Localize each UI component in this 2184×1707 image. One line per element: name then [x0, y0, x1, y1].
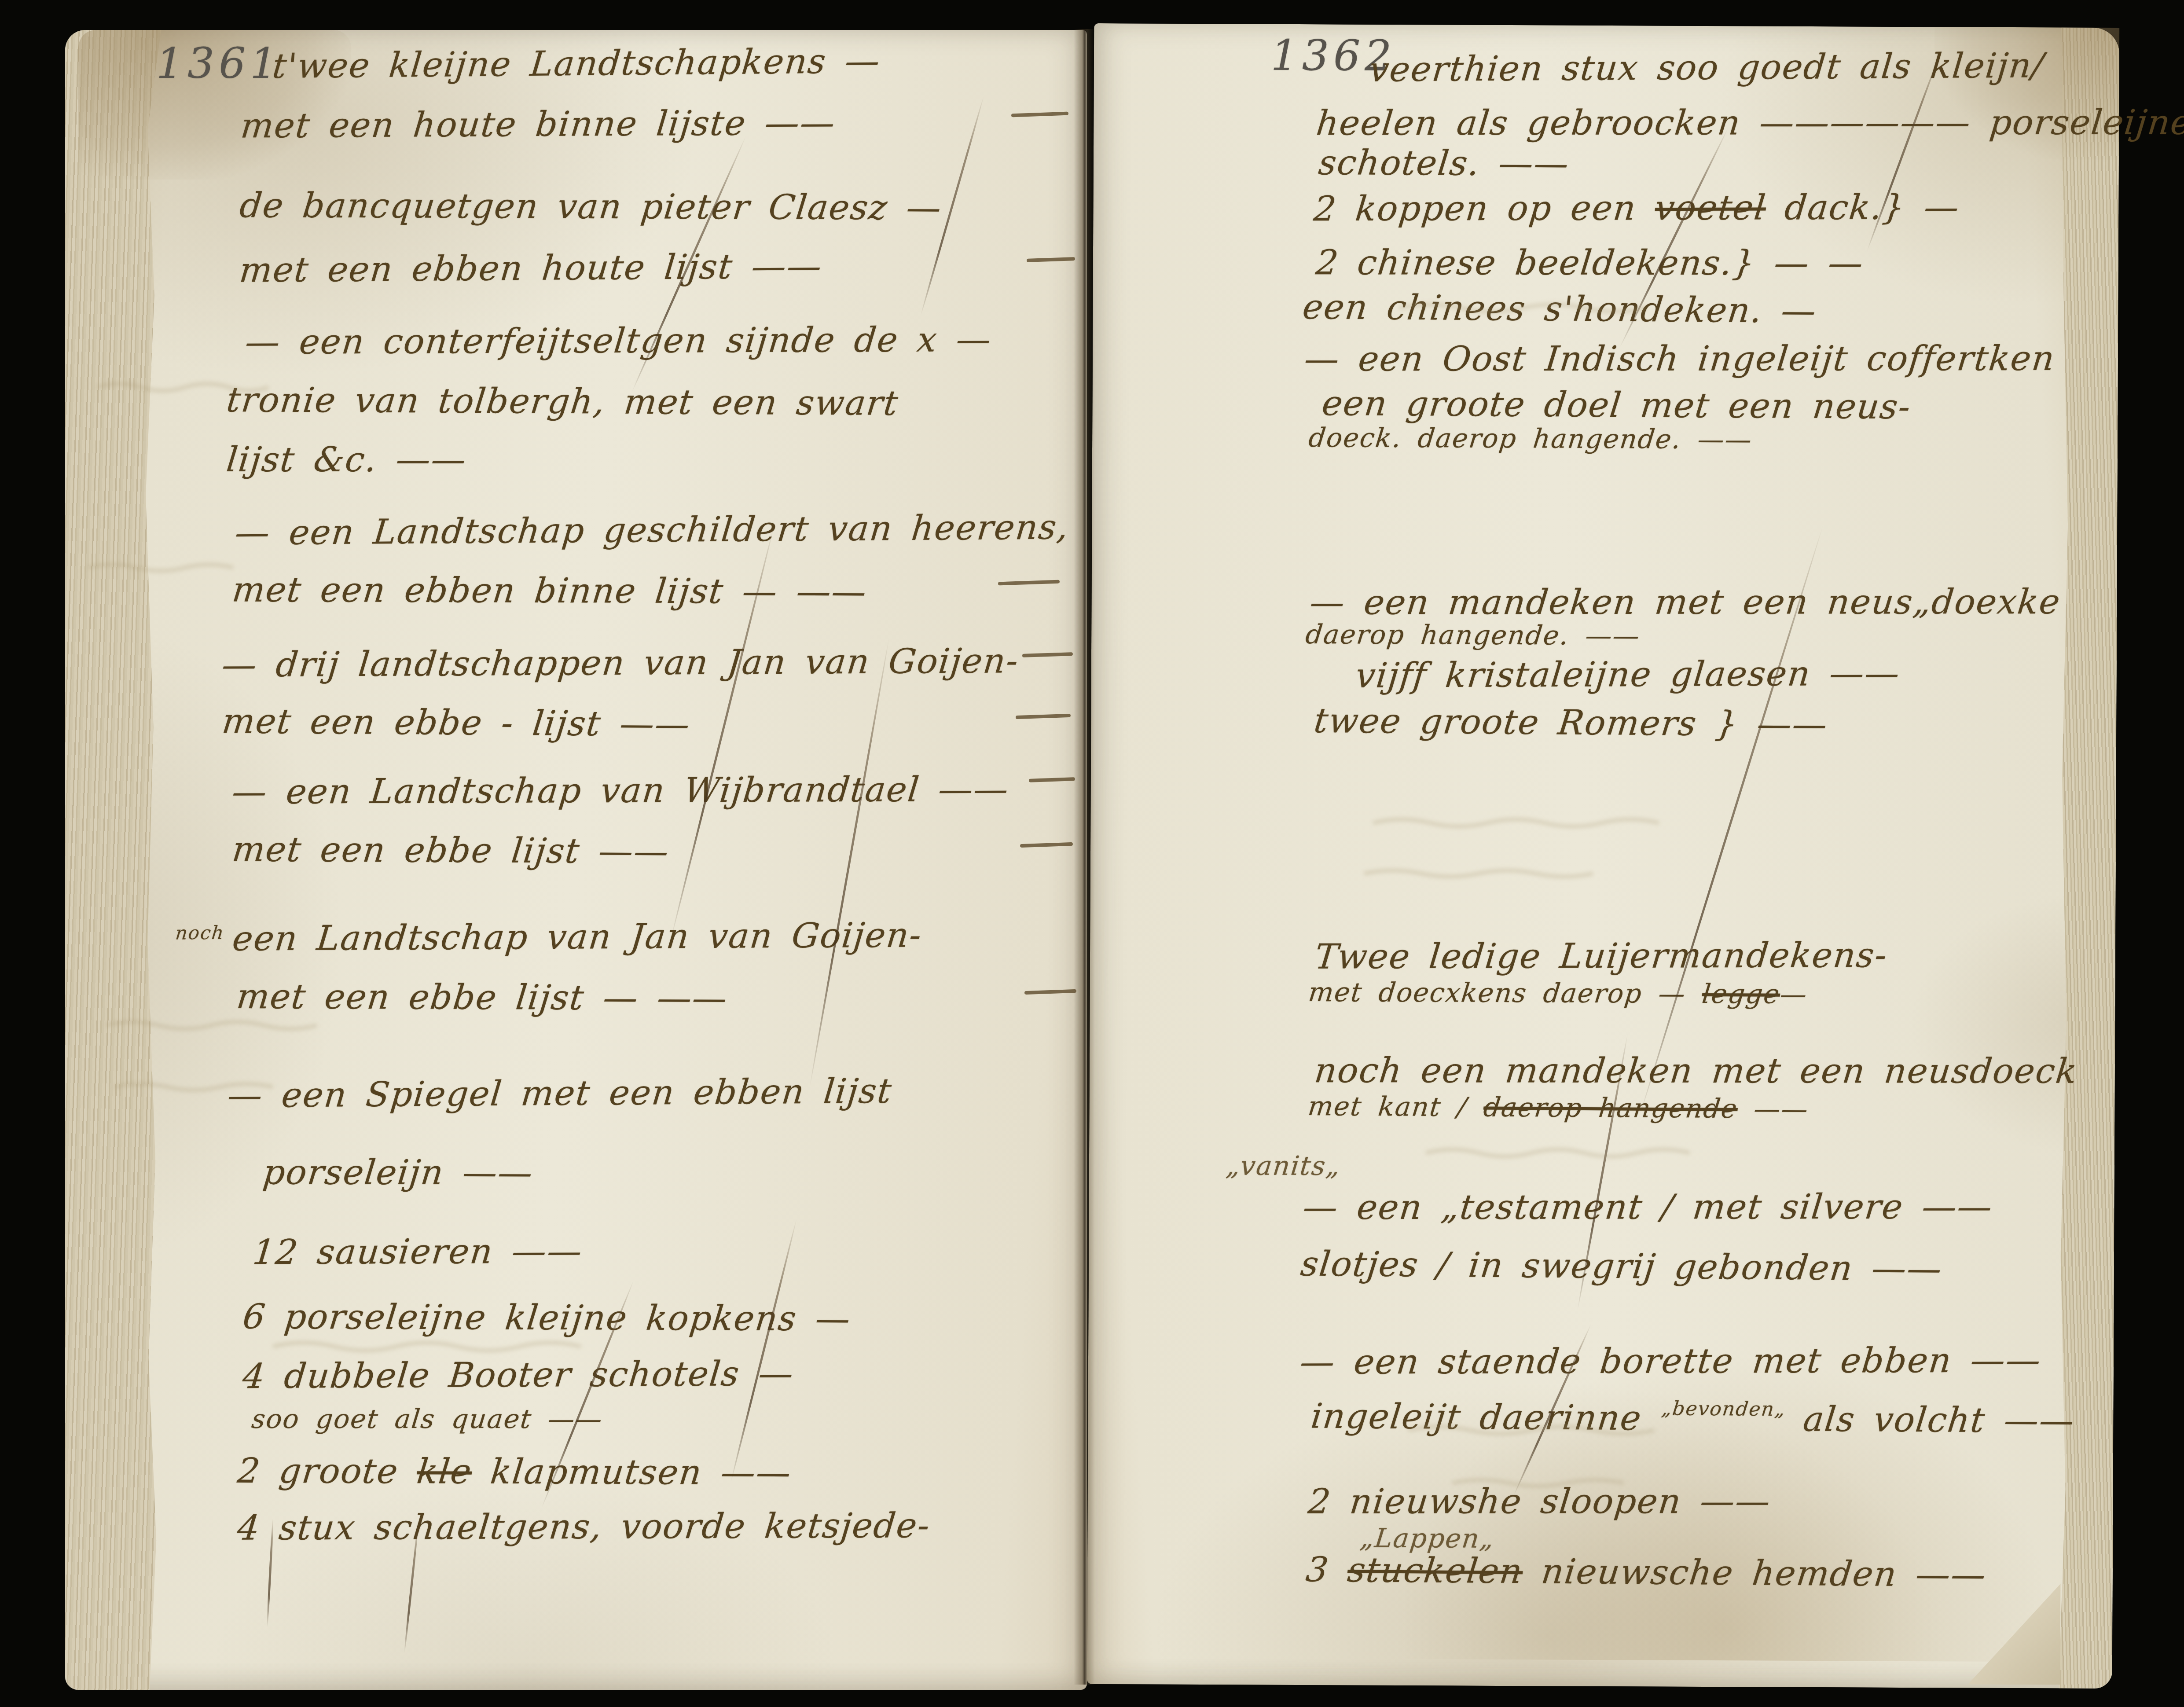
entry-line: — een staende borette met ebben —— — [1298, 1341, 2043, 1382]
entry-text: met kant / — [1307, 1091, 1486, 1123]
entry-text: — — [1778, 979, 1809, 1010]
entry-line: 2 nieuwshe sloopen —— — [1307, 1482, 1773, 1522]
ink-dash — [1022, 652, 1073, 657]
right-page: 1362 veerthien stux soo goedt als kleijn… — [1087, 23, 2119, 1689]
entry-text: 2 groote — [235, 1451, 419, 1491]
entry-line: t'wee kleijne Landtschapkens — — [271, 41, 882, 86]
entry-line: lijst &c. —— — [224, 440, 468, 480]
entry-line: — een „testament / met silvere —— — [1301, 1187, 1994, 1227]
entry-line: 3 stuckelen nieuwsche hemden —— — [1304, 1550, 1989, 1595]
entry-line: met doecxkens daerop — legge— — [1307, 977, 1809, 1010]
pen-flourish — [730, 1218, 798, 1483]
entry-line: 6 porseleijne kleijne kopkens — — [241, 1297, 853, 1339]
entry-line: ingeleijt daerinne „bevonden„ als volcht… — [1309, 1397, 2077, 1441]
entry-line: met een houte binne lijste —— — [239, 103, 837, 146]
interline-word: „bevonden„ — [1660, 1397, 1787, 1421]
book-gutter — [1074, 29, 1095, 1685]
left-page: 1361 t'wee kleijne Landtschapkens — met … — [65, 30, 1087, 1690]
dog-ear-fold — [1968, 1583, 2061, 1685]
entry-line: met een ebben binne lijst — —— — [230, 570, 869, 612]
entry-line: — een Landtschap van Wijbrandtael —— — [230, 770, 1011, 812]
ink-dash — [998, 580, 1060, 586]
entry-line: — een Oost Indisch ingeleijt coffertken — [1303, 339, 2057, 379]
entry-text: als volcht —— — [1782, 1399, 2077, 1441]
ink-dash — [1027, 257, 1075, 262]
entry-line: — een conterfeijtseltgen sijnde de x — — [243, 320, 994, 362]
ink-dash — [1020, 842, 1073, 848]
entry-line: twee groote Romers } —— — [1312, 701, 1830, 745]
entry-line: schotels. —— — [1317, 143, 1571, 184]
entry-line: — een mandeken met een neus„doexke — [1308, 582, 2063, 622]
entry-line: noch een mandeken met een neusdoeck — [1313, 1051, 2080, 1091]
entry-line: soo goet als quaet —— — [250, 1404, 604, 1435]
entry-line: — een Spiegel met een ebben lijst — [226, 1072, 894, 1116]
page-number-left: 1361 — [156, 39, 281, 88]
struck-text: stuckelen — [1346, 1550, 1525, 1591]
entry-line: een chinees s'hondeken. — — [1301, 287, 1819, 331]
entry-line: tronie van tolbergh, met een swart — [224, 380, 900, 423]
entry-line: 4 stux schaeltgens, voorde ketsjede- — [235, 1506, 932, 1548]
manuscript-photo: 1361 t'wee kleijne Landtschapkens — met … — [0, 0, 2184, 1707]
entry-line: slotjes / in swegrij gebonden —— — [1299, 1244, 1945, 1289]
entry-text: klapmutsen —— — [470, 1452, 793, 1493]
entry-text: 3 — [1304, 1550, 1350, 1590]
entry-line: porseleijn —— — [261, 1153, 535, 1193]
entry-line: met kant / daerop hangende —— — [1307, 1091, 1810, 1125]
ink-dash — [1011, 112, 1068, 117]
struck-text: voetel — [1653, 188, 1768, 228]
entry-line: 2 koppen op een voetel dack.} — — [1312, 187, 1961, 229]
entry-text: —— — [1736, 1094, 1810, 1125]
page-edge-stack-left — [65, 30, 161, 1690]
entry-line: doeck. daerop hangende. —— — [1307, 422, 1754, 455]
interline-word: noch — [175, 922, 226, 944]
pen-flourish — [808, 637, 890, 1088]
entry-line: met een ebbe lijst —— — [230, 830, 671, 871]
entry-text: met doecxkens daerop — — [1307, 977, 1704, 1010]
struck-text: kle — [415, 1452, 474, 1491]
entry-text: dack.} — — [1764, 187, 1961, 228]
entry-line: een groote doel met een neus- — [1320, 384, 1913, 427]
entry-text: nieuwsche hemden —— — [1520, 1552, 1988, 1595]
entry-line: 12 sausieren —— — [251, 1232, 584, 1273]
entry-line: met een ebbe lijst — —— — [235, 977, 730, 1018]
interline-word: „Lappen„ — [1358, 1523, 1496, 1554]
entry-line: vijff kristaleijne glaesen —— — [1354, 654, 1902, 696]
ink-dash — [1016, 714, 1071, 719]
entry-line: heelen als gebroocken —————— porseleijne — [1314, 103, 2184, 143]
entry-line: met een ebbe - lijst —— — [220, 701, 692, 744]
entry-line: met een ebben houte lijst —— — [238, 246, 824, 290]
ink-dash — [1029, 777, 1075, 782]
entry-text: ingeleijt daerinne — [1309, 1397, 1663, 1439]
entry-line: Twee ledige Luijermandekens- — [1313, 936, 1890, 976]
entry-line: veerthien stux soo goedt als kleijn/ — [1368, 46, 2047, 89]
entry-line: de bancquetgen van pieter Claesz — — [238, 186, 944, 228]
entry-text: een Landtschap van Jan van Goijen- — [231, 916, 924, 959]
struck-text: legge — [1700, 979, 1782, 1010]
entry-line: 2 chinese beeldekens.} — — — [1314, 243, 1866, 283]
entry-text: 2 koppen op een — [1312, 188, 1657, 229]
entry-line: 2 groote kle klapmutsen —— — [235, 1451, 793, 1493]
entry-line: nocheen Landtschap van Jan van Goijen- — [173, 916, 924, 959]
entry-line: daerop hangende. —— — [1304, 619, 1641, 651]
interline-word: „vanits„ — [1225, 1151, 1342, 1182]
entry-line: 4 dubbele Booter schotels — — [241, 1354, 796, 1397]
entry-line: — drij landtschappen van Jan van Goijen- — [220, 641, 1021, 685]
ink-dash — [1024, 989, 1076, 995]
entry-line: — een Landtschap geschildert van heerens… — [233, 507, 1071, 553]
